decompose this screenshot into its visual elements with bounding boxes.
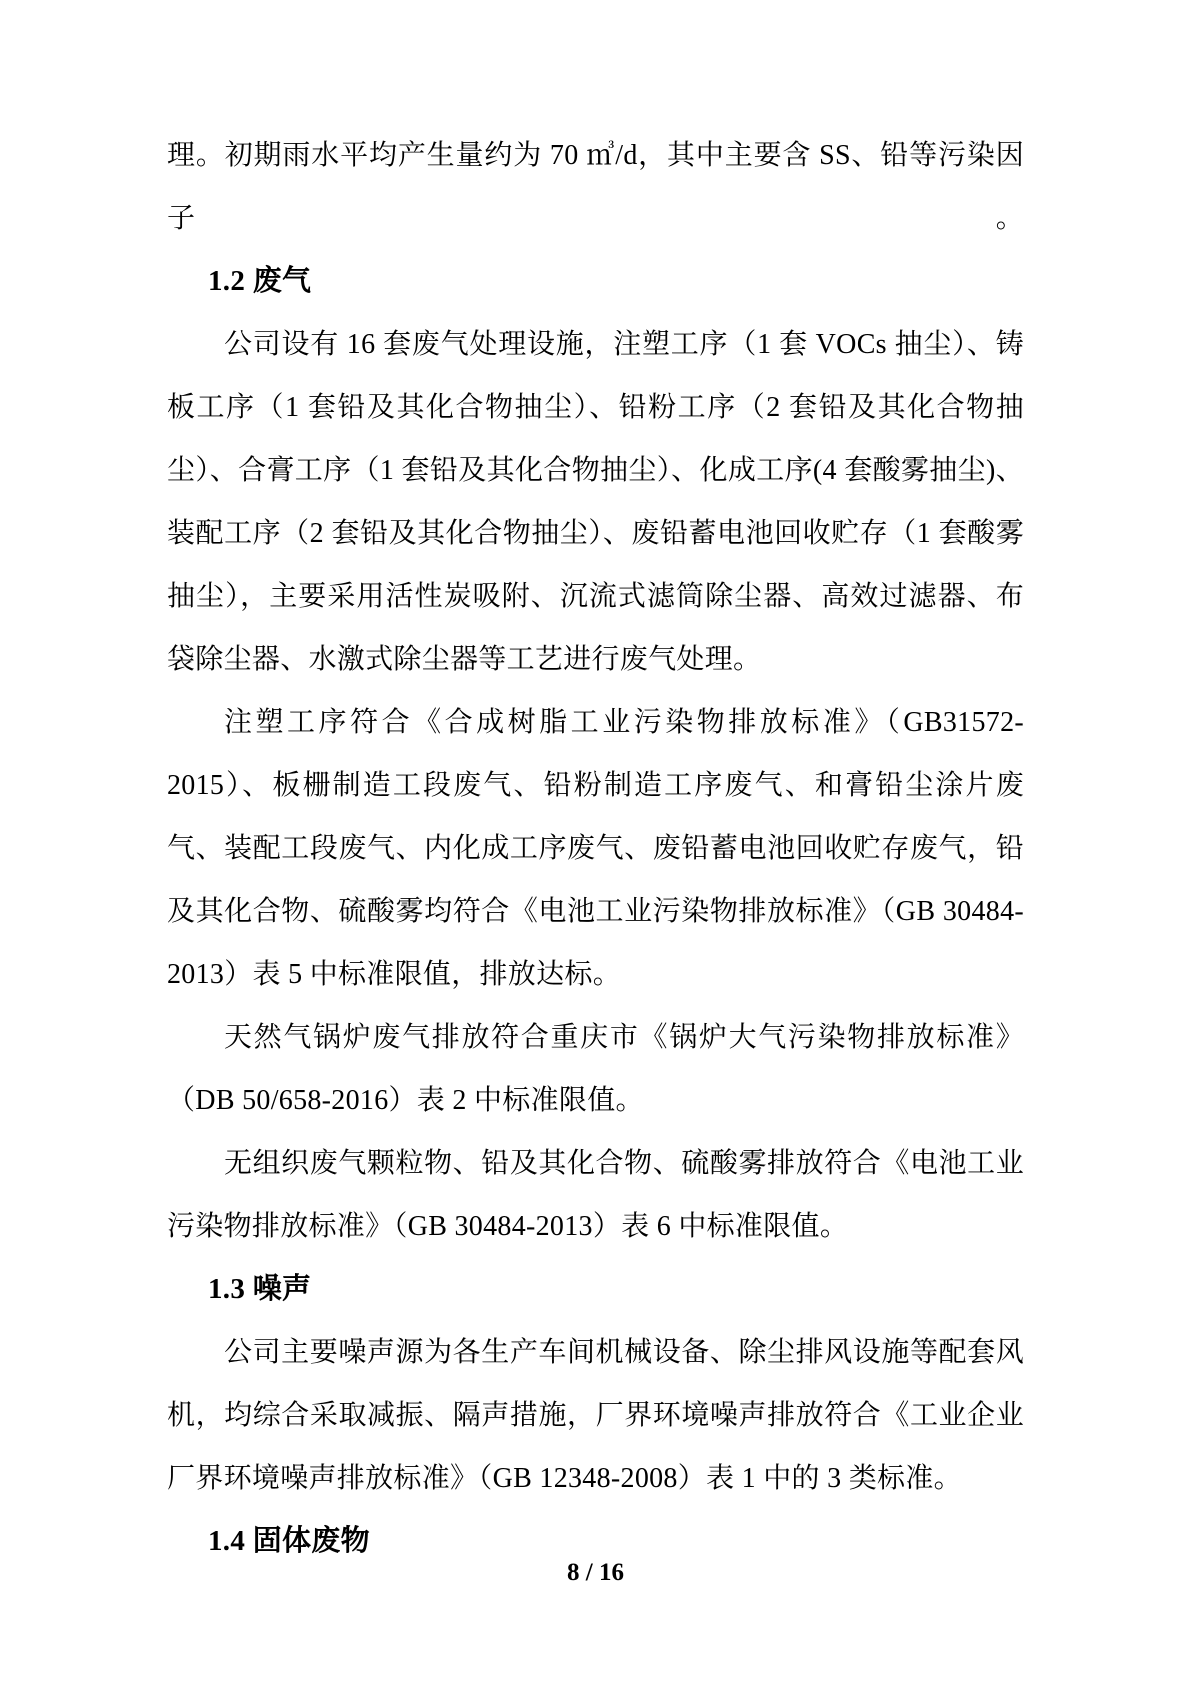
paragraph-noise-sources-and-standard: 公司主要噪声源为各生产车间机械设备、除尘排风设施等配套风机，均综合采取减振、隔声…: [167, 1321, 1024, 1510]
document-page: 理。初期雨水平均产生量约为 70 ㎥/d，其中主要含 SS、铅等污染因子。 1.…: [0, 0, 1191, 1684]
paragraph-fugitive-emission-standard-table6: 无组织废气颗粒物、铅及其化合物、硫酸雾排放符合《电池工业污染物排放标准》（GB …: [167, 1132, 1024, 1258]
paragraph-waste-gas-treatment-facilities: 公司设有 16 套废气处理设施，注塑工序（1 套 VOCs 抽尘）、铸板工序（1…: [167, 313, 1024, 691]
section-heading-1-3-noise: 1.3 噪声: [167, 1258, 1024, 1321]
paragraph-boiler-emission-standard: 天然气锅炉废气排放符合重庆市《锅炉大气污染物排放标准》（DB 50/658-20…: [167, 1006, 1024, 1132]
section-heading-1-2-waste-gas: 1.2 废气: [167, 250, 1024, 313]
page-number-footer: 8 / 16: [0, 1553, 1191, 1593]
paragraph-emission-standards-table5: 注塑工序符合《合成树脂工业污染物排放标准》（GB31572-2015）、板栅制造…: [167, 691, 1024, 1006]
document-body: 理。初期雨水平均产生量约为 70 ㎥/d，其中主要含 SS、铅等污染因子。 1.…: [167, 124, 1024, 1573]
paragraph-rainwater-continuation: 理。初期雨水平均产生量约为 70 ㎥/d，其中主要含 SS、铅等污染因子。: [167, 124, 1024, 250]
